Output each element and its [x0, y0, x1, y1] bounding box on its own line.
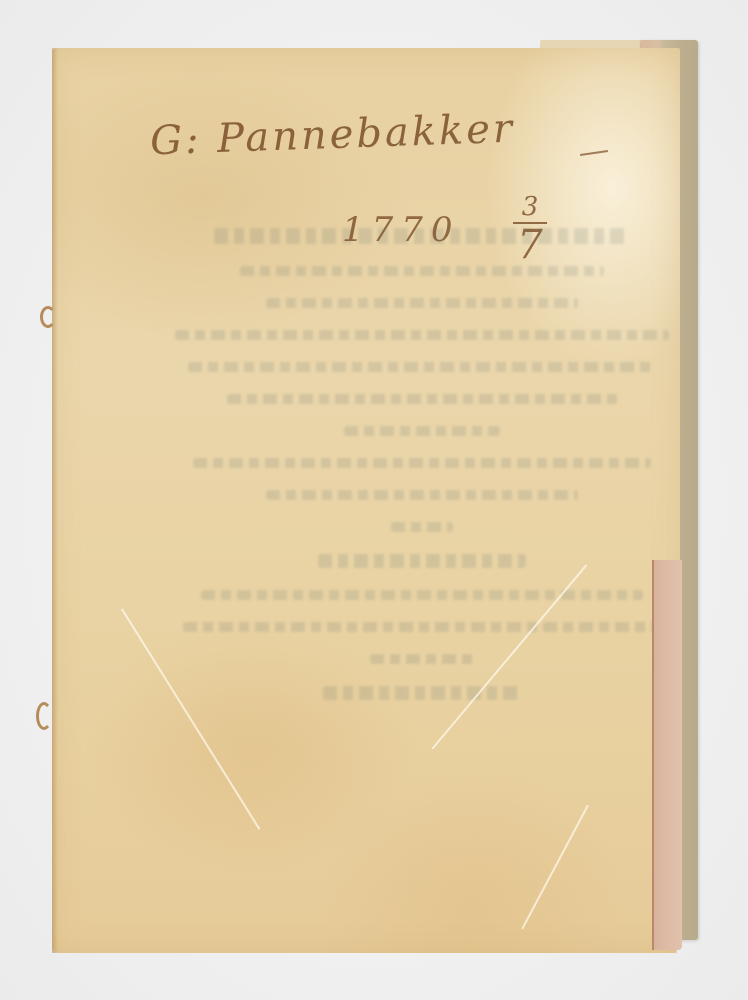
- fraction-denominator: 7: [510, 224, 550, 266]
- fraction-numerator: 3: [510, 194, 550, 220]
- torn-cover-edge: [652, 560, 682, 950]
- binding-thread: [36, 702, 52, 730]
- show-through-print: [162, 228, 682, 722]
- inscription-year: 1770: [342, 210, 461, 250]
- crease-line: [521, 805, 588, 929]
- inscription-fraction: 3 7: [510, 194, 550, 266]
- binding-thread: [40, 306, 56, 328]
- vellum-cover: [52, 48, 680, 953]
- spine-fold: [52, 48, 58, 953]
